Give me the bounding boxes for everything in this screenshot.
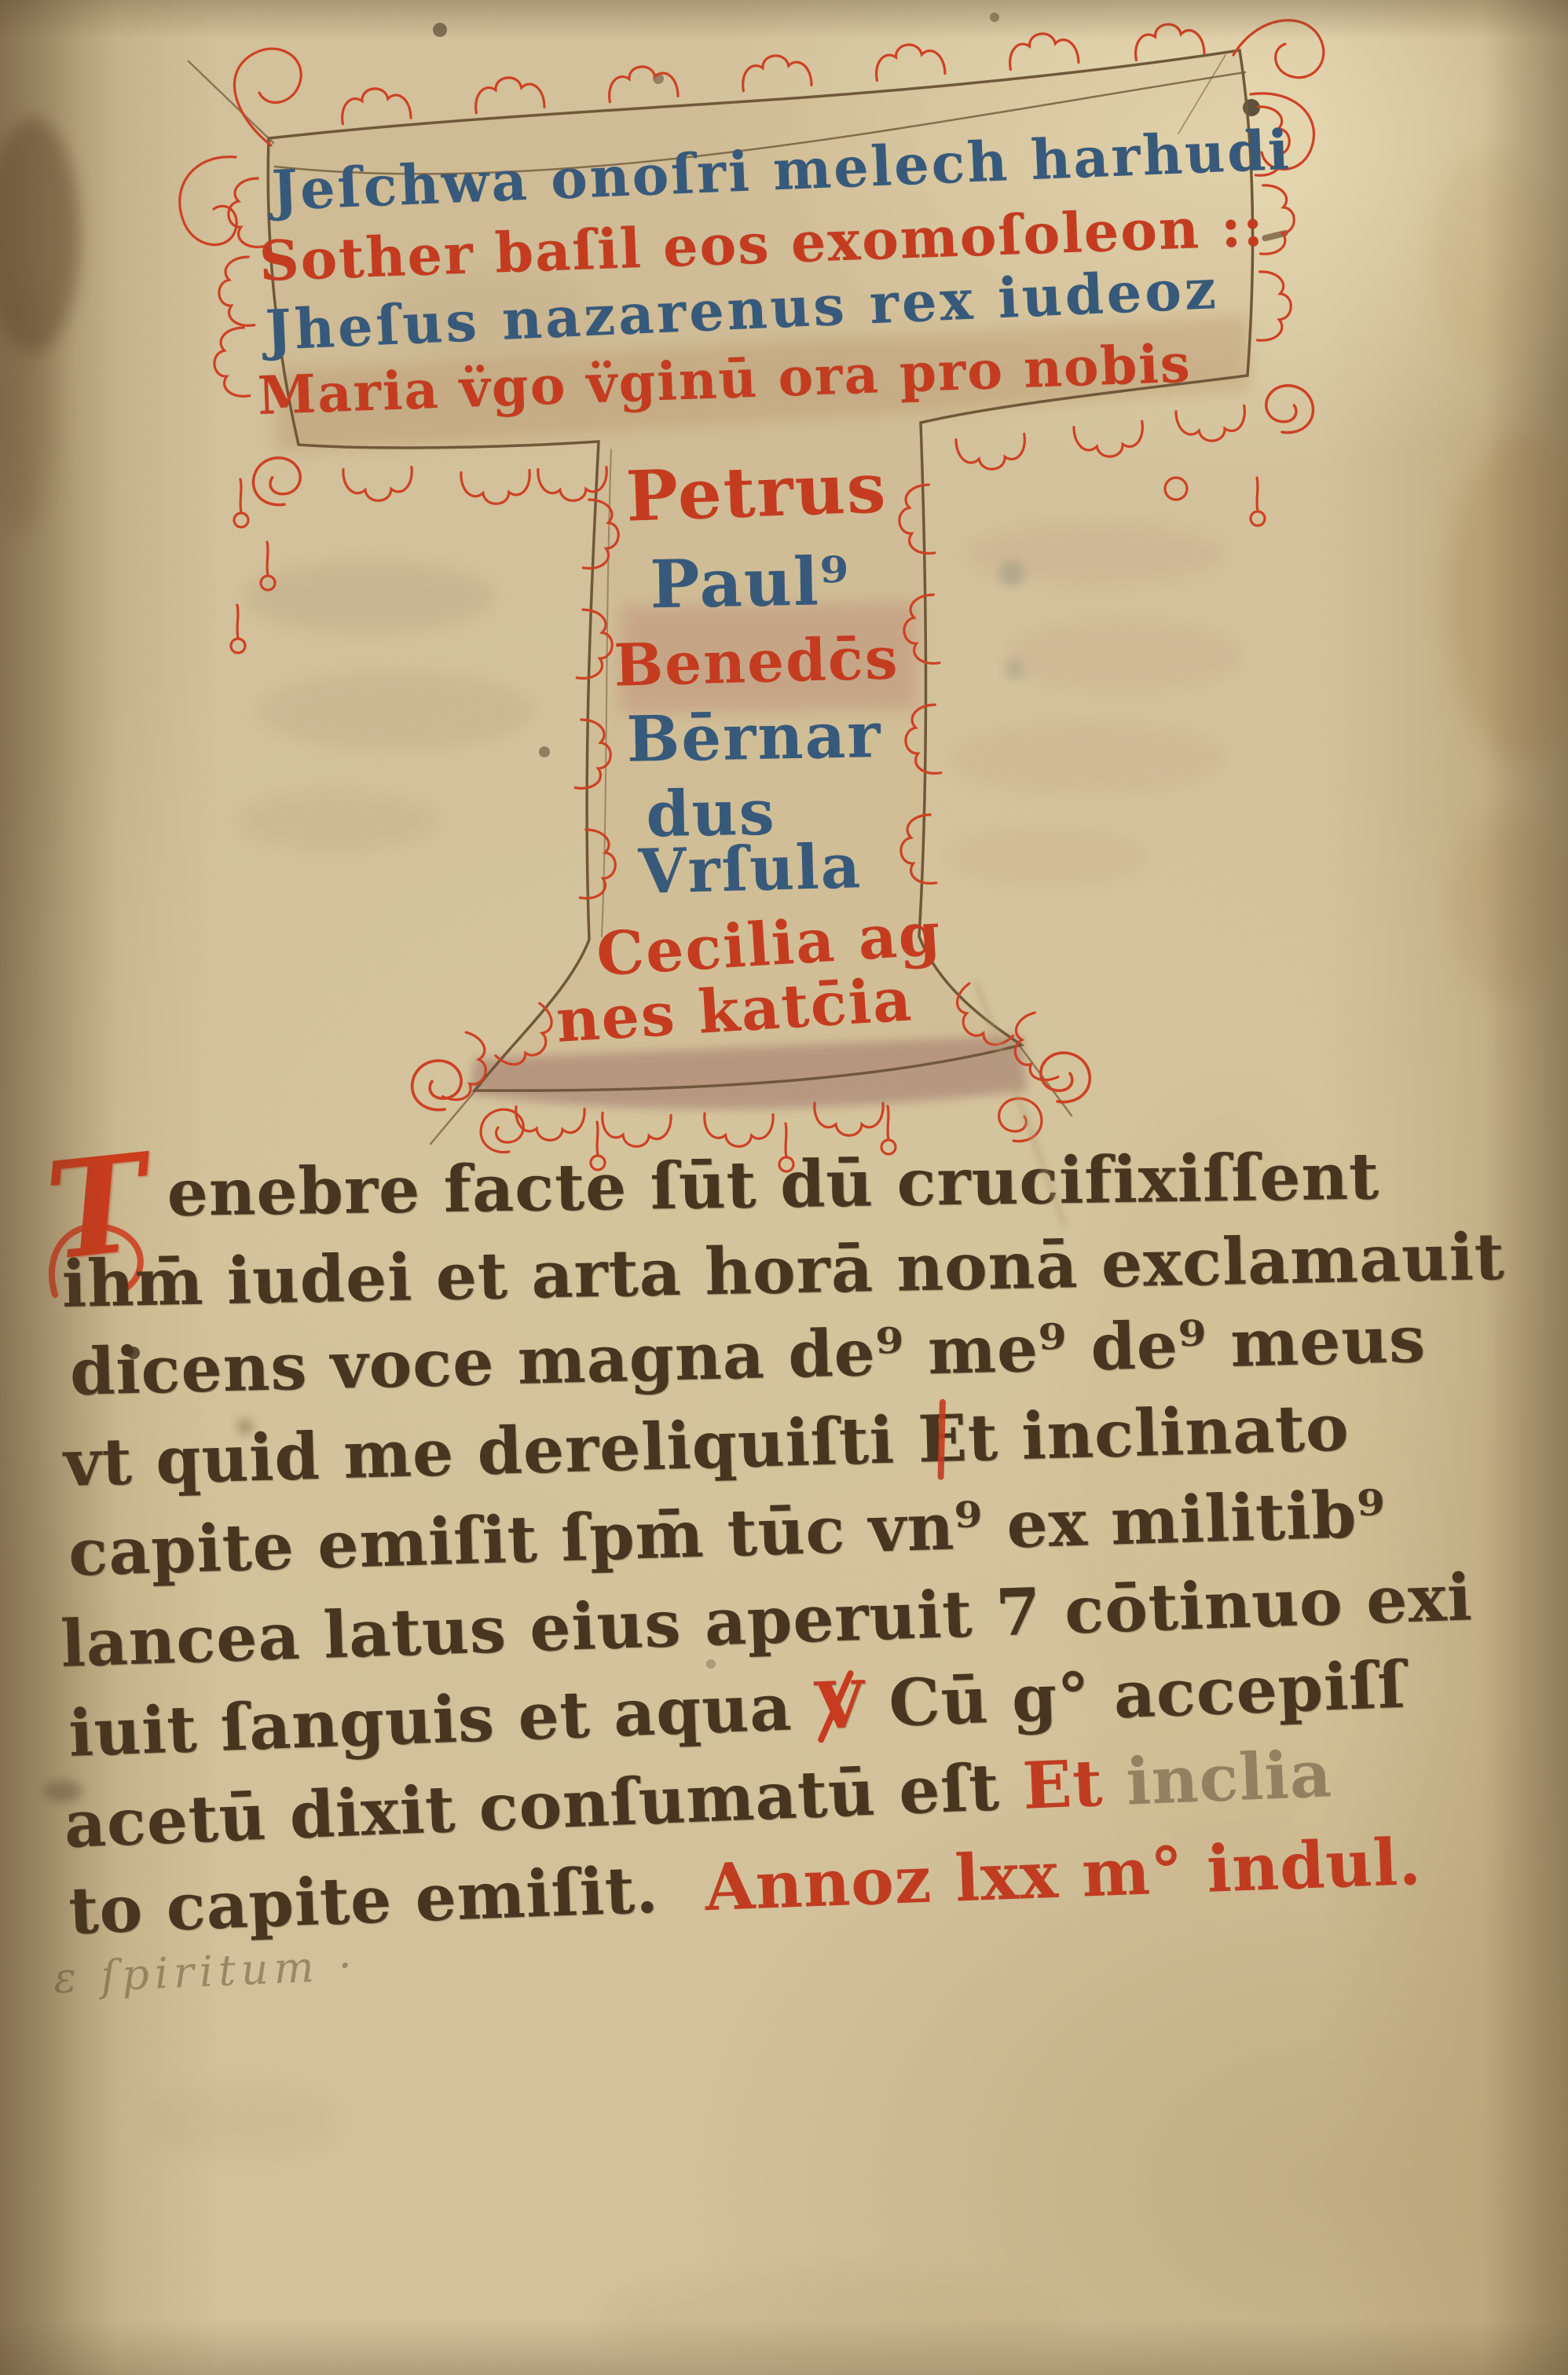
versicle-mark: V [814,1673,867,1739]
manuscript-page: Jeſchwa onoſri melech harhudi Sother baſ… [0,0,1568,2375]
saint-name-benedictus: Benedc̄s [614,629,900,695]
saint-name-ursula: Vrſula [638,836,863,903]
faded-text-segment: inclia [1101,1736,1333,1821]
saint-name-petrus: Petrus [625,453,888,531]
rubricated-et: Et [1021,1746,1105,1824]
rubricated-et: Et [917,1406,999,1472]
text-segment: inclinato [997,1390,1350,1475]
text-line: enebre facte ſūt dū crucifixiſſent [167,1144,1379,1226]
saint-name-paulus: Paul⁹ [650,548,852,618]
saint-name-bernardus-1: Bērnar [626,703,882,771]
